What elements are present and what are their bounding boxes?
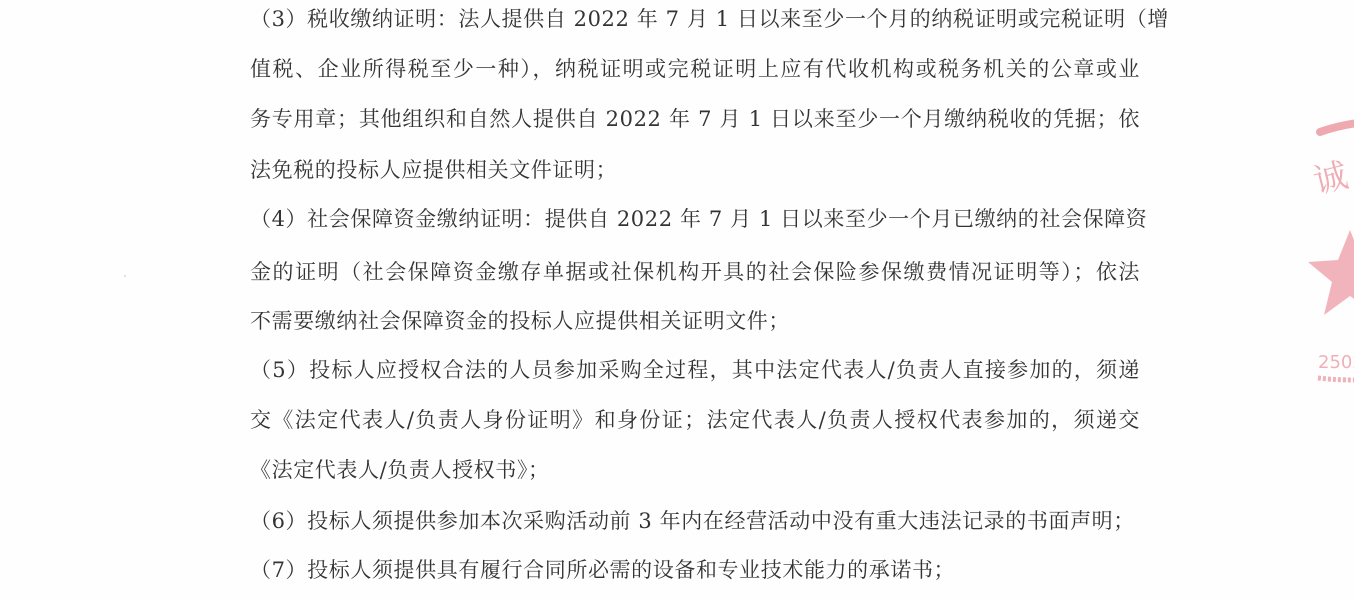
item-3-line-2: 值税、企业所得税至少一种），纳税证明或完税证明上应有代收机构或税务机关的公章或业: [250, 54, 1140, 84]
item-6-line-1: （6）投标人须提供参加本次采购活动前 3 年内在经营活动中没有重大违法记录的书面…: [250, 506, 1150, 536]
item-4-line-2: 金的证明（社会保障资金缴存单据或社保机构开具的社会保险参保缴费情况证明等）；依法: [250, 257, 1140, 287]
scan-speck: [124, 275, 126, 277]
seal-number: 2502: [1318, 352, 1354, 373]
item-5-line-3: 《法定代表人/负责人授权书》；: [250, 455, 1150, 485]
scanned-document-page: （3）税收缴纳证明：法人提供自 2022 年 7 月 1 日以来至少一个月的纳税…: [0, 0, 1354, 599]
company-seal-icon: 诚 2502: [1290, 110, 1354, 390]
seal-char: 诚: [1309, 155, 1352, 202]
item-3-line-3: 务专用章；其他组织和自然人提供自 2022 年 7 月 1 日以来至少一个月缴纳…: [250, 104, 1140, 134]
item-3-line-4: 法免税的投标人应提供相关文件证明；: [250, 155, 1150, 185]
item-5-line-2: 交《法定代表人/负责人身份证明》和身份证；法定代表人/负责人授权代表参加的，须递…: [250, 405, 1140, 435]
item-3-line-1: （3）税收缴纳证明：法人提供自 2022 年 7 月 1 日以来至少一个月的纳税…: [250, 4, 1140, 34]
item-7-line-1: （7）投标人须提供具有履行合同所必需的设备和专业技术能力的承诺书；: [250, 555, 1150, 585]
item-5-line-1: （5）投标人应授权合法的人员参加采购全过程，其中法定代表人/负责人直接参加的，须…: [250, 355, 1140, 385]
item-4-line-3: 不需要缴纳社会保障资金的投标人应提供相关证明文件；: [250, 306, 1150, 336]
item-4-line-1: （4）社会保障资金缴纳证明：提供自 2022 年 7 月 1 日以来至少一个月已…: [250, 204, 1140, 234]
